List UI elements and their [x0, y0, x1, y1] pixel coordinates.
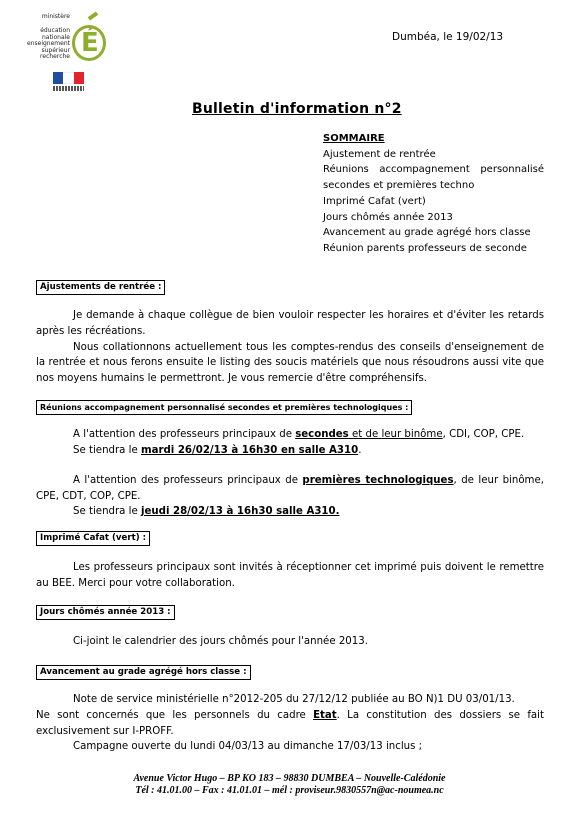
paragraph: A l'attention des professeurs principaux… — [36, 427, 579, 443]
page-title: Bulletin d'information n°2 — [192, 101, 402, 117]
summary-word: Réunions — [323, 162, 369, 178]
text: Se tiendra le — [73, 506, 141, 517]
paragraph: Ne sont concernés que les personnels du … — [36, 708, 544, 739]
marianne-flag-icon — [53, 72, 84, 84]
meeting-date: mardi 26/02/13 à 16h30 en salle A310 — [141, 445, 358, 456]
section-heading-ajustements: Ajustements de rentrée : — [36, 280, 165, 295]
ministry-label: ministère — [10, 14, 70, 21]
meeting-date: jeudi 28/02/13 à 16h30 salle A310. — [141, 506, 339, 517]
emblem-accent-icon — [88, 11, 98, 20]
paragraph: Les professeurs principaux sont invités … — [36, 560, 544, 591]
summary-word: accompagnement — [379, 162, 469, 178]
summary-item: Réunion parents professeurs de seconde — [323, 241, 544, 257]
paragraph: Campagne ouverte du lundi 04/03/13 au di… — [36, 739, 579, 755]
summary-item: Jours chômés année 2013 — [323, 210, 544, 226]
emblem-letter-icon: É — [81, 28, 99, 58]
footer-address: Avenue Victor Hugo – BP KO 183 – 98830 D… — [0, 773, 579, 797]
summary-item: secondes et premières techno — [323, 178, 544, 194]
summary-heading: SOMMAIRE — [323, 131, 544, 147]
summary-item: Avancement au grade agrégé hors classe — [323, 225, 544, 241]
summary-item: Ajustement de rentrée — [323, 147, 544, 163]
summary-item: Imprimé Cafat (vert) — [323, 194, 544, 210]
paragraph: Se tiendra le mardi 26/02/13 à 16h30 en … — [36, 443, 579, 459]
paragraph: Je demande à chaque collègue de bien vou… — [36, 308, 544, 339]
paragraph: Ci-joint le calendrier des jours chômés … — [36, 634, 544, 650]
text: , CDI, COP, CPE. — [443, 429, 525, 440]
marianne-caption — [53, 86, 84, 91]
summary: SOMMAIRE Ajustement de rentrée Réunions … — [323, 131, 544, 257]
section-heading-reunions: Réunions accompagnement personnalisé sec… — [36, 400, 412, 415]
emphasis: premières technologiques — [302, 475, 453, 486]
footer-line: Avenue Victor Hugo – BP KO 183 – 98830 D… — [0, 773, 579, 785]
text: Se tiendra le — [73, 445, 141, 456]
text: A l'attention des professeurs principaux… — [73, 475, 302, 486]
ministry-label: recherche — [10, 54, 70, 61]
text: Ne sont concernés que les personnels du … — [36, 710, 313, 721]
paragraph: Se tiendra le jeudi 28/02/13 à 16h30 sal… — [36, 504, 579, 520]
emphasis: secondes — [295, 429, 349, 440]
section-heading-cafat: Imprimé Cafat (vert) : — [36, 531, 150, 546]
date-line: Dumbéa, le 19/02/13 — [392, 31, 503, 43]
paragraph: Nous collationnons actuellement tous les… — [36, 340, 544, 387]
section-heading-jours: Jours chômés année 2013 : — [36, 605, 175, 620]
paragraph: Note de service ministérielle n°2012-205… — [36, 692, 544, 708]
underlined-text: et de leur binôme — [349, 429, 443, 440]
text: . — [358, 445, 361, 456]
paragraph: A l'attention des professeurs principaux… — [36, 473, 544, 504]
text: A l'attention des professeurs principaux… — [73, 429, 295, 440]
footer-contact: Tél : 41.01.00 – Fax : 41.01.01 – mél : … — [0, 785, 579, 797]
section-heading-avancement: Avancement au grade agrégé hors classe : — [36, 665, 251, 680]
emphasis: Etat — [313, 710, 337, 721]
summary-word: personnalisé — [480, 162, 544, 178]
summary-item: Réunions accompagnement personnalisé — [323, 162, 544, 178]
